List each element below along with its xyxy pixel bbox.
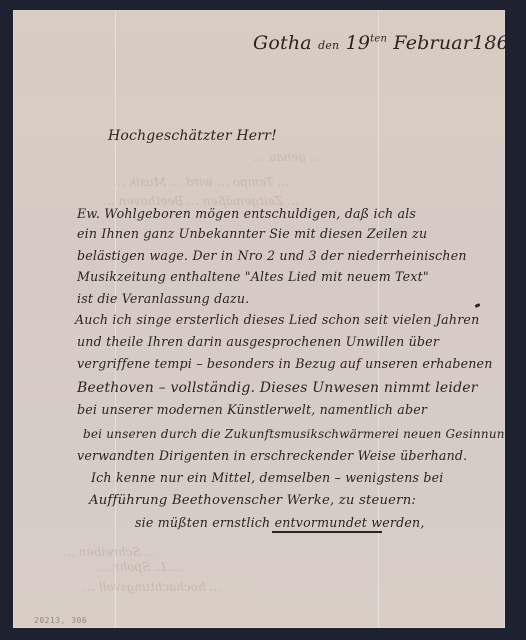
underline-entvormundet bbox=[272, 531, 382, 533]
letter-body-line: Auch ich singe ersterlich dieses Lied sc… bbox=[75, 314, 479, 327]
letter-body-line: Beethoven – vollständig. Dieses Unwesen … bbox=[77, 381, 478, 395]
letter-salutation: Hochgeschätzter Herr! bbox=[108, 128, 277, 144]
bleed-through-line: … Tempo … wird … Musik … bbox=[113, 175, 289, 189]
final-line-text: sie müßten ernstlich entvormundet werden… bbox=[135, 515, 425, 530]
letter-body-line-final: sie müßten ernstlich entvormundet werden… bbox=[135, 517, 425, 530]
archive-number: 20213, 306 bbox=[34, 616, 87, 625]
letter-body-line: Ich kenne nur ein Mittel, demselben – we… bbox=[91, 472, 444, 485]
ink-blot-mark bbox=[475, 303, 481, 308]
date-month: Februar bbox=[393, 32, 472, 54]
letter-page: … genau … … Tempo … wird … Musik … … Zei… bbox=[13, 10, 505, 628]
bleed-through-line: … L. Spohr … bbox=[98, 560, 182, 574]
letter-body-line: vergriffene tempi – besonders in Bezug a… bbox=[77, 358, 493, 371]
date-place: Gotha bbox=[253, 32, 312, 54]
date-day: 19 bbox=[346, 32, 371, 54]
letter-body-line: Aufführung Beethovenscher Werke, zu steu… bbox=[89, 494, 416, 507]
letter-body-line: und theile Ihren darin ausgesprochenen U… bbox=[77, 336, 439, 349]
letter-body-line: Ew. Wohlgeboren mögen entschuldigen, daß… bbox=[77, 208, 416, 221]
letter-body-line: verwandten Dirigenten in erschreckender … bbox=[77, 450, 467, 463]
bleed-through-line: … hochachtungsvoll … bbox=[83, 580, 221, 594]
letter-body-line: bei unserer modernen Künstlerwelt, namen… bbox=[77, 404, 427, 417]
letter-body-line: belästigen wage. Der in Nro 2 und 3 der … bbox=[77, 250, 467, 263]
letter-body-line: bei unseren durch die Zukunftsmusikschwä… bbox=[83, 428, 505, 440]
date-year: 1862 bbox=[472, 32, 505, 54]
date-day-suffix: ten bbox=[370, 34, 387, 45]
letter-body-line: ein Ihnen ganz Unbekannter Sie mit diese… bbox=[77, 228, 427, 241]
letter-date-line: Gotha den 19ten Februar1862 bbox=[253, 32, 505, 54]
bleed-through-line: … genau … bbox=[253, 150, 322, 164]
date-prefix: den bbox=[318, 39, 339, 52]
letter-body-line: ist die Veranlassung dazu. bbox=[77, 293, 249, 306]
bleed-through-line: … Schreiben … bbox=[63, 545, 157, 559]
letter-body-line: Musikzeitung enthaltene "Altes Lied mit … bbox=[77, 271, 429, 284]
